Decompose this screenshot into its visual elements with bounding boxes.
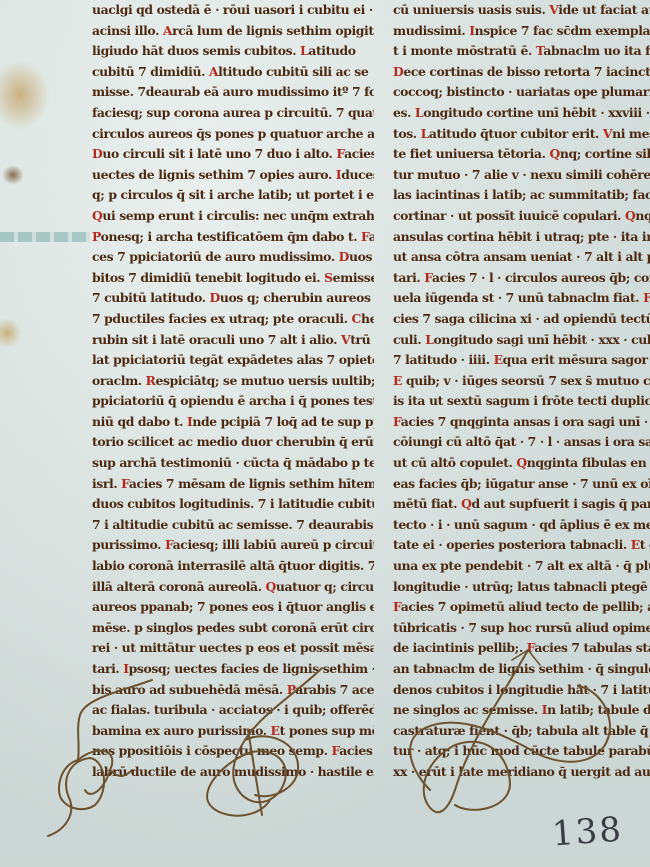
rubricated-initial: L — [421, 126, 429, 141]
rubricated-initial: E — [393, 373, 402, 388]
rubricated-initial: F — [643, 290, 650, 305]
manuscript-line: is ita ut sextū sagum i frōte tecti dupl… — [393, 391, 650, 412]
manuscript-line: ut ansa cōtra ansam ueniat · 7 alt i alt… — [393, 247, 650, 268]
rubricated-initial: Q — [516, 455, 526, 470]
manuscript-line: torio scilicet ac medio duor cherubin q̄… — [92, 432, 374, 453]
rubricated-initial: F — [393, 599, 401, 614]
rubricated-initial: A — [209, 64, 218, 79]
stain-top-left — [0, 60, 50, 130]
manuscript-line: Duo circuli sit i latē uno 7 duo i alto.… — [92, 144, 374, 165]
manuscript-line: 7 pductiles facies ex utraq; pte oraculi… — [92, 309, 374, 330]
rubricated-initial: F — [361, 229, 369, 244]
manuscript-line: cubitū 7 dimidiū. Altitudo cubitū sili a… — [92, 62, 374, 83]
manuscript-line: ansulas cortina hēbit i utraq; pte · ita… — [393, 227, 650, 248]
manuscript-line: bitos 7 dimidiū tenebit logitudo ei. Sem… — [92, 268, 374, 289]
rubricated-initial: C — [352, 311, 361, 326]
manuscript-line: cōiungi cū altō q̄at · 7 · l · ansas i o… — [393, 432, 650, 453]
manuscript-line: una ex pte pendebit · 7 alt ex altā · q̄… — [393, 556, 650, 577]
manuscript-line: ut cū altō copulet. Qnqginta fibulas en — [393, 453, 650, 474]
manuscript-line: 7 cubitū latitudo. Duos q; cherubin aure… — [92, 288, 374, 309]
rubricated-initial: Q — [461, 496, 471, 511]
manuscript-line: E quib; v · iūges seorsū 7 sex s̄ mutuo … — [393, 371, 650, 392]
rubricated-initial: I — [336, 167, 341, 182]
manuscript-line: tos. Latitudo q̄tuor cubitor erit. Vni m… — [393, 124, 650, 145]
manuscript-line: oraclm. Respiciātq; se mutuo uersis uult… — [92, 371, 374, 392]
rubricated-initial: L — [300, 43, 308, 58]
rubricated-initial: Q — [549, 146, 559, 161]
manuscript-line: tur mutuo · 7 alie v · nexu simili cohēr… — [393, 165, 650, 186]
manuscript-line: las iacintinas i latib; ac summitatib; f… — [393, 185, 650, 206]
rubricated-initial: D — [393, 64, 403, 79]
rubricated-initial: D — [210, 290, 220, 305]
manuscript-line: lat ppiciatoriū tegāt expādetes alas 7 o… — [92, 350, 374, 371]
stain-left-mid — [0, 318, 22, 348]
rubricated-initial: V — [341, 332, 350, 347]
flourish-right — [410, 650, 610, 812]
rubricated-initial: I — [187, 414, 192, 429]
rubricated-initial: F — [424, 270, 432, 285]
rubricated-initial: A — [163, 23, 172, 38]
manuscript-line: ppiciatoriū q̄ opiendu ē archa i q̄ pone… — [92, 391, 374, 412]
manuscript-line: circulos aureos q̄s pones p quatuor arch… — [92, 124, 374, 145]
rubricated-initial: F — [393, 414, 401, 429]
manuscript-line: Ponesq; i archa testificatōem q̄m dabo t… — [92, 227, 374, 248]
rubricated-initial: D — [339, 249, 349, 264]
manuscript-line: cies 7 saga cilicina xi · ad opiendū tec… — [393, 309, 650, 330]
manuscript-line: culi. Longitudo sagi unī hēbit · xxx · c… — [393, 330, 650, 351]
rubricated-initial: F — [121, 476, 129, 491]
manuscript-line: t i monte mōstratū ē. Tabnaclm uo ita fi… — [393, 41, 650, 62]
manuscript-line: uela iūgenda st · 7 unū tabnaclm fiat. F… — [393, 288, 650, 309]
manuscript-line: 7 i altitudie cubitū ac semisse. 7 deaur… — [92, 515, 374, 536]
manuscript-line: longitudie · utrūq; latus tabnacli ptegē — [393, 577, 650, 598]
rubricated-initial: L — [415, 105, 423, 120]
folio-number: 138 — [551, 810, 625, 855]
manuscript-line: cortinar · ut possīt iuuicē copulari. Qn… — [393, 206, 650, 227]
rubricated-initial: F — [165, 537, 173, 552]
manuscript-line: Facies 7 opimetū aliud tecto de pellib; … — [393, 597, 650, 618]
margin-ruling — [0, 232, 90, 242]
rubricated-initial: V — [549, 2, 558, 17]
manuscript-line: tūbricatis · 7 sup hoc rursū aliud opime… — [393, 618, 650, 639]
manuscript-line: cū uniuersis uasis suis. Vide ut faciat … — [393, 0, 650, 21]
manuscript-line: sup archā testimoniū · cūcta q̄ mādabo p… — [92, 453, 374, 474]
manuscript-line: mētū fiat. Qd aut supfuerit i sagis q̄ p… — [393, 494, 650, 515]
manuscript-line: uectes de lignis sethim 7 opies auro. Id… — [92, 165, 374, 186]
manuscript-line: ligiudo hāt duos semis cubitos. Latitudo — [92, 41, 374, 62]
manuscript-line: labio coronā interrasilē altā q̄tuor dig… — [92, 556, 374, 577]
rubricated-initial: P — [92, 229, 101, 244]
rubricated-initial: L — [425, 332, 433, 347]
manuscript-line: uaclgi qd ostedā ē · rōui uasori i cubit… — [92, 0, 374, 21]
rubricated-initial: S — [324, 270, 333, 285]
manuscript-line: mudissimi. Inspice 7 fac sc̄dm exemplar … — [393, 21, 650, 42]
manuscript-line: mēse. p singlos pedes subt coronā erūt c… — [92, 618, 374, 639]
manuscript-line: rubin sit i latē oraculi uno 7 alt i ali… — [92, 330, 374, 351]
manuscript-line: coccoq; bistincto · uariatas ope plumari… — [393, 82, 650, 103]
rubricated-initial: F — [336, 146, 344, 161]
manuscript-line: q; p circulos q̄ sit i arche latib; ut p… — [92, 185, 374, 206]
rubricated-initial: E — [494, 352, 503, 367]
manuscript-line: illā alterā coronā aureolā. Quatuor q; c… — [92, 577, 374, 598]
rubricated-initial: R — [146, 373, 156, 388]
manuscript-line: faciesq; sup corona aurea p circuitū. 7 … — [92, 103, 374, 124]
rubricated-initial: T — [536, 43, 544, 58]
manuscript-line: 7 latitudo · iiii. Equa erit mēsura sago… — [393, 350, 650, 371]
manuscript-line: isrl. Facies 7 mēsam de lignis sethim hī… — [92, 474, 374, 495]
manuscript-line: Facies 7 qnqginta ansas i ora sagi unī ·… — [393, 412, 650, 433]
rubricated-initial: I — [469, 23, 474, 38]
manuscript-line: misse. 7deaurab eā auro mudissimo itº 7 … — [92, 82, 374, 103]
manuscript-line: ces 7 ppiciatoriū de auro mudissimo. Duo… — [92, 247, 374, 268]
manuscript-line: tecto · i · unū sagum · qd āplius ē ex m… — [393, 515, 650, 536]
manuscript-line: tate ei · operies posteriora tabnacli. E… — [393, 535, 650, 556]
flourish-middle — [207, 668, 322, 816]
rubricated-initial: Q — [92, 208, 102, 223]
manuscript-line: es. Longitudo cortine unī hēbit · xxviii… — [393, 103, 650, 124]
rubricated-initial: V — [603, 126, 612, 141]
manuscript-line: te fiet uniuersa tētoria. Qnq; cortine s… — [393, 144, 650, 165]
manuscript-line: purissimo. Faciesq; illi labiū aureū p c… — [92, 535, 374, 556]
manuscript-line: niū qd dabo t. Inde pcipiā 7 loq̄ ad te … — [92, 412, 374, 433]
rubricated-initial: Q — [266, 579, 276, 594]
stain-margin-small — [2, 165, 24, 185]
manuscript-line: aureos ppanab; 7 pones eos i q̄tuor angl… — [92, 597, 374, 618]
rubricated-initial: Q — [625, 208, 635, 223]
manuscript-line: Dece cortinas de bisso retorta 7 iacinct… — [393, 62, 650, 83]
manuscript-line: duos cubitos logitudinis. 7 i latitudie … — [92, 494, 374, 515]
manuscript-line: Qui semp erunt i circulis: nec unq̄m ext… — [92, 206, 374, 227]
manuscript-line: tari. Facies 7 · l · circulos aureos q̄b… — [393, 268, 650, 289]
manuscript-line: acinsi illo. Arcā lum de lignis sethim o… — [92, 21, 374, 42]
manuscript-line: eas facies q̄b; iūgatur anse · 7 unū ex … — [393, 474, 650, 495]
rubricated-initial: D — [92, 146, 102, 161]
flourish-left — [48, 680, 152, 836]
rubricated-initial: E — [631, 537, 640, 552]
